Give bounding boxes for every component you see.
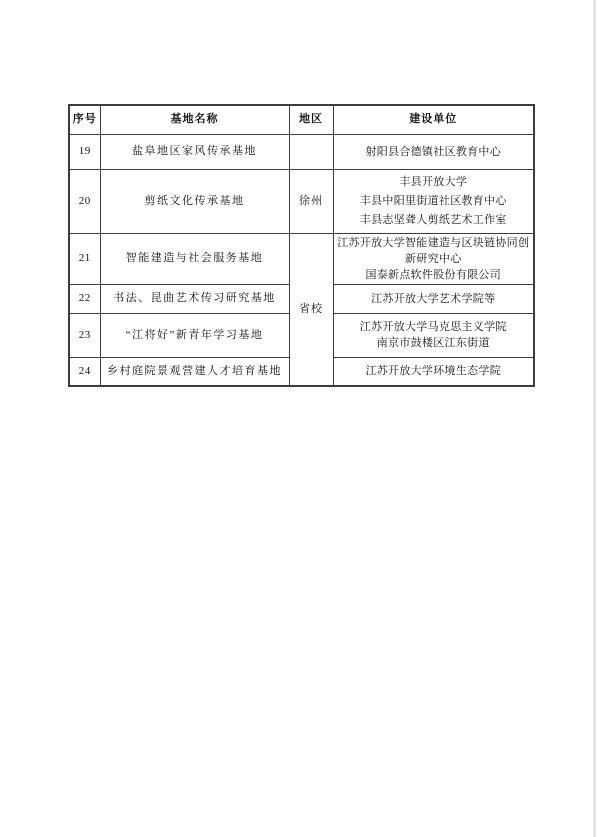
cell-seq: 20 bbox=[69, 169, 100, 233]
cell-seq: 21 bbox=[69, 233, 100, 284]
table-row: 19 盐阜地区家风传承基地 射阳县合德镇社区教育中心 bbox=[69, 134, 534, 169]
table-row: 21 智能建造与社会服务基地 省校 江苏开放大学智能建造与区块链协同创新研究中心… bbox=[69, 233, 534, 284]
cell-seq: 22 bbox=[69, 284, 100, 313]
header-cell-seq: 序号 bbox=[69, 105, 100, 134]
cell-builder: 江苏开放大学马克思主义学院 南京市鼓楼区江东街道 bbox=[333, 313, 534, 357]
builder-line: 丰县中阳里街道社区教育中心 bbox=[336, 192, 532, 211]
cell-builder: 江苏开放大学智能建造与区块链协同创新研究中心 国泰新点软件股份有限公司 bbox=[333, 233, 534, 284]
cell-builder: 江苏开放大学艺术学院等 bbox=[333, 284, 534, 313]
builder-line: 江苏开放大学环境生态学院 bbox=[336, 363, 532, 379]
cell-seq: 19 bbox=[69, 134, 100, 169]
table-header-row: 序号 基地名称 地区 建设单位 bbox=[69, 105, 534, 134]
cell-builder: 江苏开放大学环境生态学院 bbox=[333, 357, 534, 386]
right-edge-strip bbox=[593, 0, 596, 837]
bases-table: 序号 基地名称 地区 建设单位 19 盐阜地区家风传承基地 射阳县合德镇社区教育… bbox=[68, 104, 535, 387]
builder-line: 南京市鼓楼区江东街道 bbox=[336, 335, 532, 351]
cell-base-name: 盐阜地区家风传承基地 bbox=[100, 134, 289, 169]
header-cell-builder: 建设单位 bbox=[333, 105, 534, 134]
cell-region-empty bbox=[289, 134, 333, 169]
header-cell-base-name: 基地名称 bbox=[100, 105, 289, 134]
table-row: 20 剪纸文化传承基地 徐州 丰县开放大学 丰县中阳里街道社区教育中心 丰县志坚… bbox=[69, 169, 534, 233]
cell-base-name: 智能建造与社会服务基地 bbox=[100, 233, 289, 284]
cell-builder: 丰县开放大学 丰县中阳里街道社区教育中心 丰县志坚聋人剪纸艺术工作室 bbox=[333, 169, 534, 233]
cell-builder: 射阳县合德镇社区教育中心 bbox=[333, 134, 534, 169]
builder-line: 丰县开放大学 bbox=[336, 173, 532, 192]
builder-line: 丰县志坚聋人剪纸艺术工作室 bbox=[336, 211, 532, 230]
builder-line: 江苏开放大学智能建造与区块链协同创新研究中心 bbox=[336, 235, 532, 267]
builder-line: 国泰新点软件股份有限公司 bbox=[336, 267, 532, 283]
cell-region: 徐州 bbox=[289, 169, 333, 233]
builder-line: 射阳县合德镇社区教育中心 bbox=[336, 144, 532, 160]
document-page: 序号 基地名称 地区 建设单位 19 盐阜地区家风传承基地 射阳县合德镇社区教育… bbox=[0, 0, 598, 837]
cell-base-name: “江将好”新青年学习基地 bbox=[100, 313, 289, 357]
header-cell-region: 地区 bbox=[289, 105, 333, 134]
builder-line: 江苏开放大学艺术学院等 bbox=[336, 291, 532, 307]
cell-base-name: 书法、昆曲艺术传习研究基地 bbox=[100, 284, 289, 313]
builder-line: 江苏开放大学马克思主义学院 bbox=[336, 319, 532, 335]
cell-base-name: 剪纸文化传承基地 bbox=[100, 169, 289, 233]
cell-region-merged: 省校 bbox=[289, 233, 333, 386]
cell-seq: 24 bbox=[69, 357, 100, 386]
cell-seq: 23 bbox=[69, 313, 100, 357]
cell-base-name: 乡村庭院景观营建人才培育基地 bbox=[100, 357, 289, 386]
